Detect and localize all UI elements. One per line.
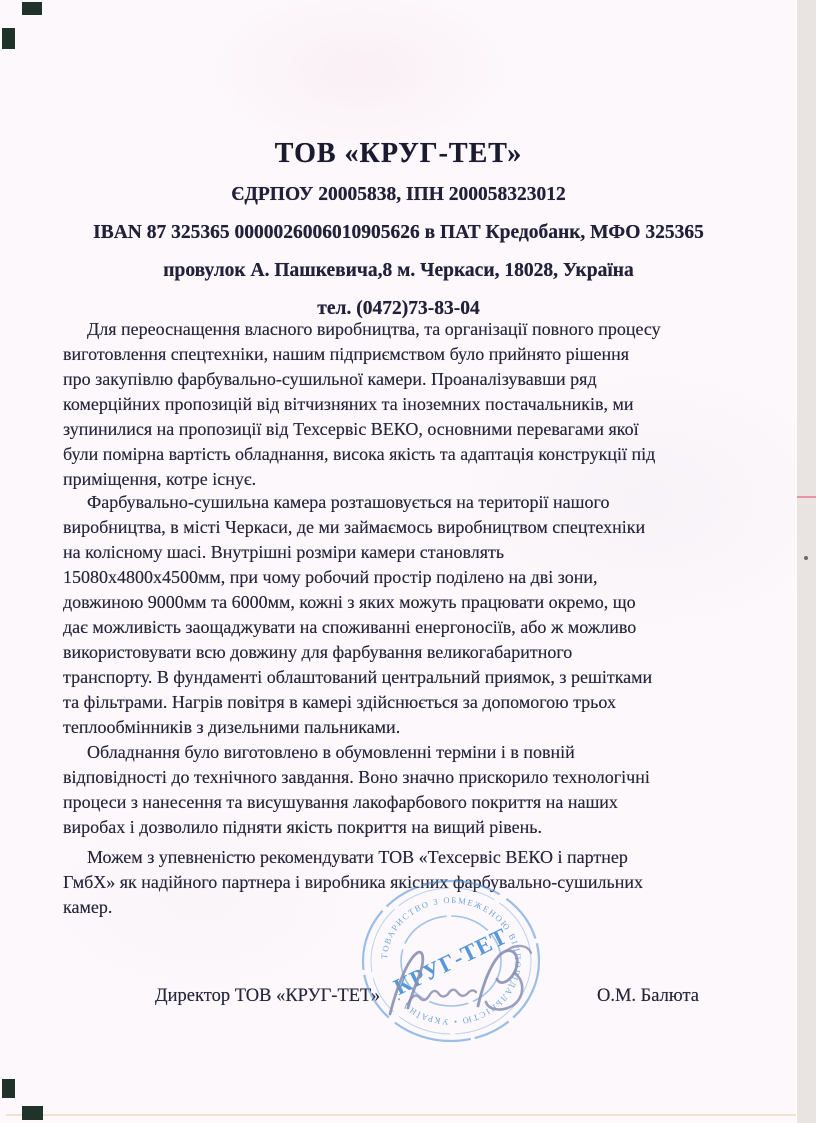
text-line: на колісному шасі. Внутрішні розміри кам… [63, 540, 763, 565]
text-line: комерційних пропозицій від вітчизняних т… [63, 392, 763, 417]
scanner-bottom-line [6, 1114, 796, 1116]
text-line: довжиною 9000мм та 6000мм, кожні з яких … [63, 590, 763, 615]
text-line: процеси з нанесення та висушування лакоф… [63, 790, 763, 815]
text-line: дає можливість заощаджувати на споживанн… [63, 615, 763, 640]
company-iban-line: IBAN 87 325365 0000026006010905626 в ПАТ… [0, 222, 797, 244]
text-line: були помірна вартість обладнання, висока… [63, 442, 763, 467]
corner-registration-mark [2, 28, 15, 49]
text-line: Обладнання було виготовлено в обумовленн… [63, 740, 763, 765]
text-line: відповідності до технічного завдання. Во… [63, 765, 763, 790]
text-line: 15080х4800х4500мм, при чому робочий прос… [63, 565, 763, 590]
company-registration-line: ЄДРПОУ 20005838, ІПН 200058323012 [0, 184, 797, 206]
text-line: зупинилися на пропозиції від Техсервіс В… [63, 417, 763, 442]
corner-registration-mark [22, 2, 42, 15]
company-address-line: провулок А. Пашкевича,8 м. Черкаси, 1802… [0, 260, 797, 282]
paragraph-chamber-description: Фарбувально-сушильна камера розташовуєть… [63, 490, 763, 740]
director-label: Директор ТОВ «КРУГ-ТЕТ» [155, 986, 380, 1007]
corner-registration-mark [22, 1106, 43, 1120]
text-line: виготовлення спецтехніки, нашим підприєм… [63, 342, 763, 367]
director-signature [378, 942, 550, 1027]
text-line: виробництва, в місті Черкаси, де ми займ… [63, 515, 763, 540]
text-line: Фарбувально-сушильна камера розташовуєть… [63, 490, 763, 515]
text-line: про закупівлю фарбувально-сушильної каме… [63, 367, 763, 392]
text-line: виробах і дозволило підняти якість покри… [63, 815, 763, 840]
text-line: транспорту. В фундаменті облаштований це… [63, 665, 763, 690]
ink-speck [804, 556, 808, 560]
paragraph-intro: Для переоснащення власного виробництва, … [63, 317, 763, 492]
corner-registration-mark [2, 1079, 15, 1098]
scanner-edge-strip [795, 0, 816, 1123]
company-title: ТОВ «КРУГ-ТЕТ» [0, 138, 797, 170]
paragraph-equipment-quality: Обладнання було виготовлено в обумовленн… [63, 740, 763, 840]
director-name: О.М. Балюта [597, 986, 699, 1007]
red-edge-mark [797, 496, 816, 498]
text-line: Можем з упевненістю рекомендувати ТОВ «Т… [63, 845, 763, 870]
text-line: та фільтрами. Нагрів повітря в камері зд… [63, 690, 763, 715]
text-line: Для переоснащення власного виробництва, … [63, 317, 763, 342]
text-line: використовувати всю довжину для фарбуван… [63, 640, 763, 665]
text-line: теплообмінників з дизельними пальниками. [63, 715, 763, 740]
text-line: приміщення, котре існує. [63, 467, 763, 492]
scanned-letter-page: { "document_type": "scanned recommendati… [0, 0, 816, 1123]
